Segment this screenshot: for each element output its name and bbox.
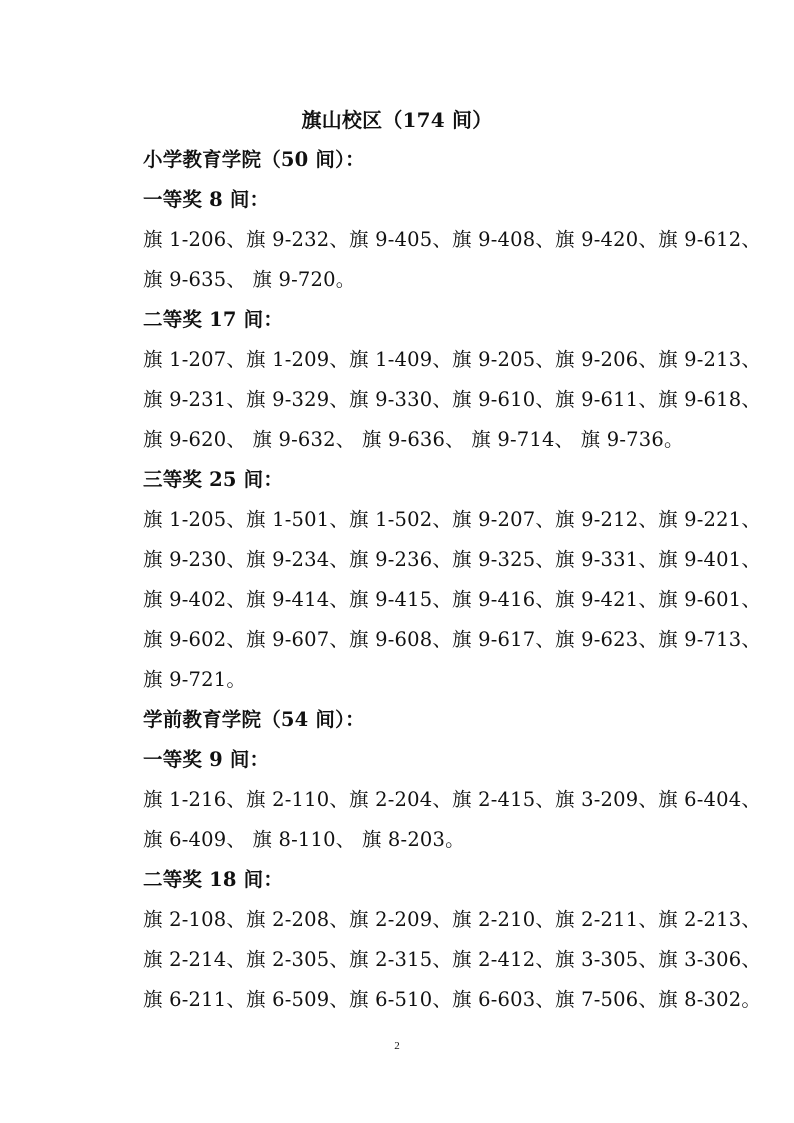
room-list-line: 旗 1-207、旗 1-209、旗 1-409、旗 9-205、旗 9-206、… [143,340,713,380]
room-list-line: 旗 6-211、旗 6-509、旗 6-510、旗 6-603、旗 7-506、… [143,980,713,1020]
room-list-line: 旗 6-409、 旗 8-110、 旗 8-203。 [143,820,713,860]
award-label-second-prize: 二等奖 18 间： [143,860,713,900]
room-list-line: 旗 1-205、旗 1-501、旗 1-502、旗 9-207、旗 9-212、… [143,500,713,540]
award-label-first-prize: 一等奖 9 间： [143,740,713,780]
section-heading-primary-education: 小学教育学院（50 间）： [143,140,713,180]
room-list-line: 旗 1-206、旗 9-232、旗 9-405、旗 9-408、旗 9-420、… [143,220,713,260]
room-list-line: 旗 2-108、旗 2-208、旗 2-209、旗 2-210、旗 2-211、… [143,900,713,940]
award-label-third-prize: 三等奖 25 间： [143,460,713,500]
award-label-first-prize: 一等奖 8 间： [143,180,713,220]
room-list-line: 旗 9-602、旗 9-607、旗 9-608、旗 9-617、旗 9-623、… [143,620,713,660]
room-list-line: 旗 9-620、 旗 9-632、 旗 9-636、 旗 9-714、 旗 9-… [143,420,713,460]
document-page: 旗山校区（174 间） 小学教育学院（50 间）： 一等奖 8 间： 旗 1-2… [0,0,794,1123]
room-list-line: 旗 9-231、旗 9-329、旗 9-330、旗 9-610、旗 9-611、… [143,380,713,420]
room-list-line: 旗 1-216、旗 2-110、旗 2-204、旗 2-415、旗 3-209、… [143,780,713,820]
room-list-line: 旗 9-402、旗 9-414、旗 9-415、旗 9-416、旗 9-421、… [143,580,713,620]
award-label-second-prize: 二等奖 17 间： [143,300,713,340]
page-number: 2 [0,1040,794,1052]
room-list-line: 旗 2-214、旗 2-305、旗 2-315、旗 2-412、旗 3-305、… [143,940,713,980]
room-list-line: 旗 9-721。 [143,660,713,700]
page-title: 旗山校区（174 间） [0,100,794,140]
room-list-line: 旗 9-230、旗 9-234、旗 9-236、旗 9-325、旗 9-331、… [143,540,713,580]
room-list-line: 旗 9-635、 旗 9-720。 [143,260,713,300]
section-heading-preschool-education: 学前教育学院（54 间）： [143,700,713,740]
